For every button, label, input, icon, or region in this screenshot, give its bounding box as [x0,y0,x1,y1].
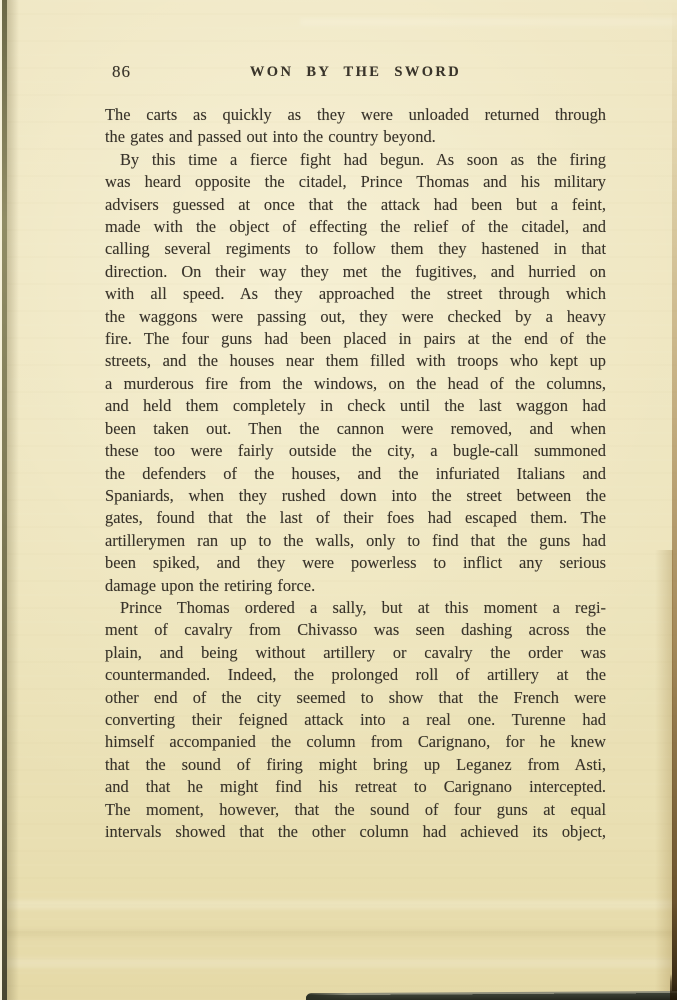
paragraph: By this time a fierce fight had begun. A… [105,149,606,597]
paragraph: The carts as quickly as they were unload… [105,104,606,149]
text-line: gates, found that the last of their foes… [105,507,606,529]
book-bottom-edge-tip [306,993,348,1000]
paper-streak-band [0,930,677,937]
text-line: Spaniards, when they rushed down into th… [105,485,606,507]
text-line: made with the object of effecting the re… [105,216,606,238]
book-page-scan: 86 WON BY THE SWORD The carts as quickly… [0,0,677,1000]
text-line: intervals showed that the other column h… [105,821,606,843]
text-line: streets, and the houses near them filled… [105,350,606,372]
text-line: damage upon the retiring force. [105,575,606,597]
paper-streak-band [300,18,677,26]
text-line: Prince Thomas ordered a sally, but at th… [105,597,606,619]
text-line: with all speed. As they approached the s… [105,283,606,305]
text-line: converting their feigned attack into a r… [105,709,606,731]
text-line: The moment, however, that the sound of f… [105,799,606,821]
text-line: calling several regiments to follow them… [105,238,606,260]
bottom-right-corner-edge [670,974,677,1000]
book-bottom-edge [306,991,677,1000]
text-line: other end of the city seemed to show tha… [105,687,606,709]
text-line: The carts as quickly as they were unload… [105,104,606,126]
text-line: been spiked, and they were powerless to … [105,552,606,574]
running-header: WON BY THE SWORD [105,64,606,81]
text-line: countermanded. Indeed, the prolonged rol… [105,664,606,686]
page-gutter-highlight [0,0,2,1000]
text-line: advisers guessed at once that the attack… [105,194,606,216]
paper-streak-band [0,900,677,909]
text-line: plain, and being without artillery or ca… [105,642,606,664]
paper-streak-band [0,958,677,968]
text-line: the gates and passed out into the countr… [105,126,606,148]
text-line: the waggons were passing out, they were … [105,306,606,328]
text-line: was heard opposite the citadel, Prince T… [105,171,606,193]
text-line: and held them completely in check until … [105,395,606,417]
page-gutter-shadow [7,0,19,1000]
paragraph: Prince Thomas ordered a sally, but at th… [105,597,606,843]
page-right-edge [672,0,677,1000]
page-text-block: The carts as quickly as they were unload… [105,104,606,843]
text-line: artillerymen ran up to the walls, only t… [105,530,606,552]
text-line: fire. The four guns had been placed in p… [105,328,606,350]
text-line: a murderous fire from the windows, on th… [105,373,606,395]
text-line: that the sound of firing might bring up … [105,754,606,776]
text-line: the defenders of the houses, and the inf… [105,463,606,485]
text-line: been taken out. Then the cannon were rem… [105,418,606,440]
text-line: By this time a fierce fight had begun. A… [105,149,606,171]
text-line: and that he might find his retreat to Ca… [105,776,606,798]
page-gutter-edge [2,0,7,1000]
text-line: direction. On their way they met the fug… [105,261,606,283]
page-right-shadow [655,550,673,1000]
text-line: ment of cavalry from Chivasso was seen d… [105,619,606,641]
text-line: himself accompanied the column from Cari… [105,731,606,753]
text-line: these too were fairly outside the city, … [105,440,606,462]
